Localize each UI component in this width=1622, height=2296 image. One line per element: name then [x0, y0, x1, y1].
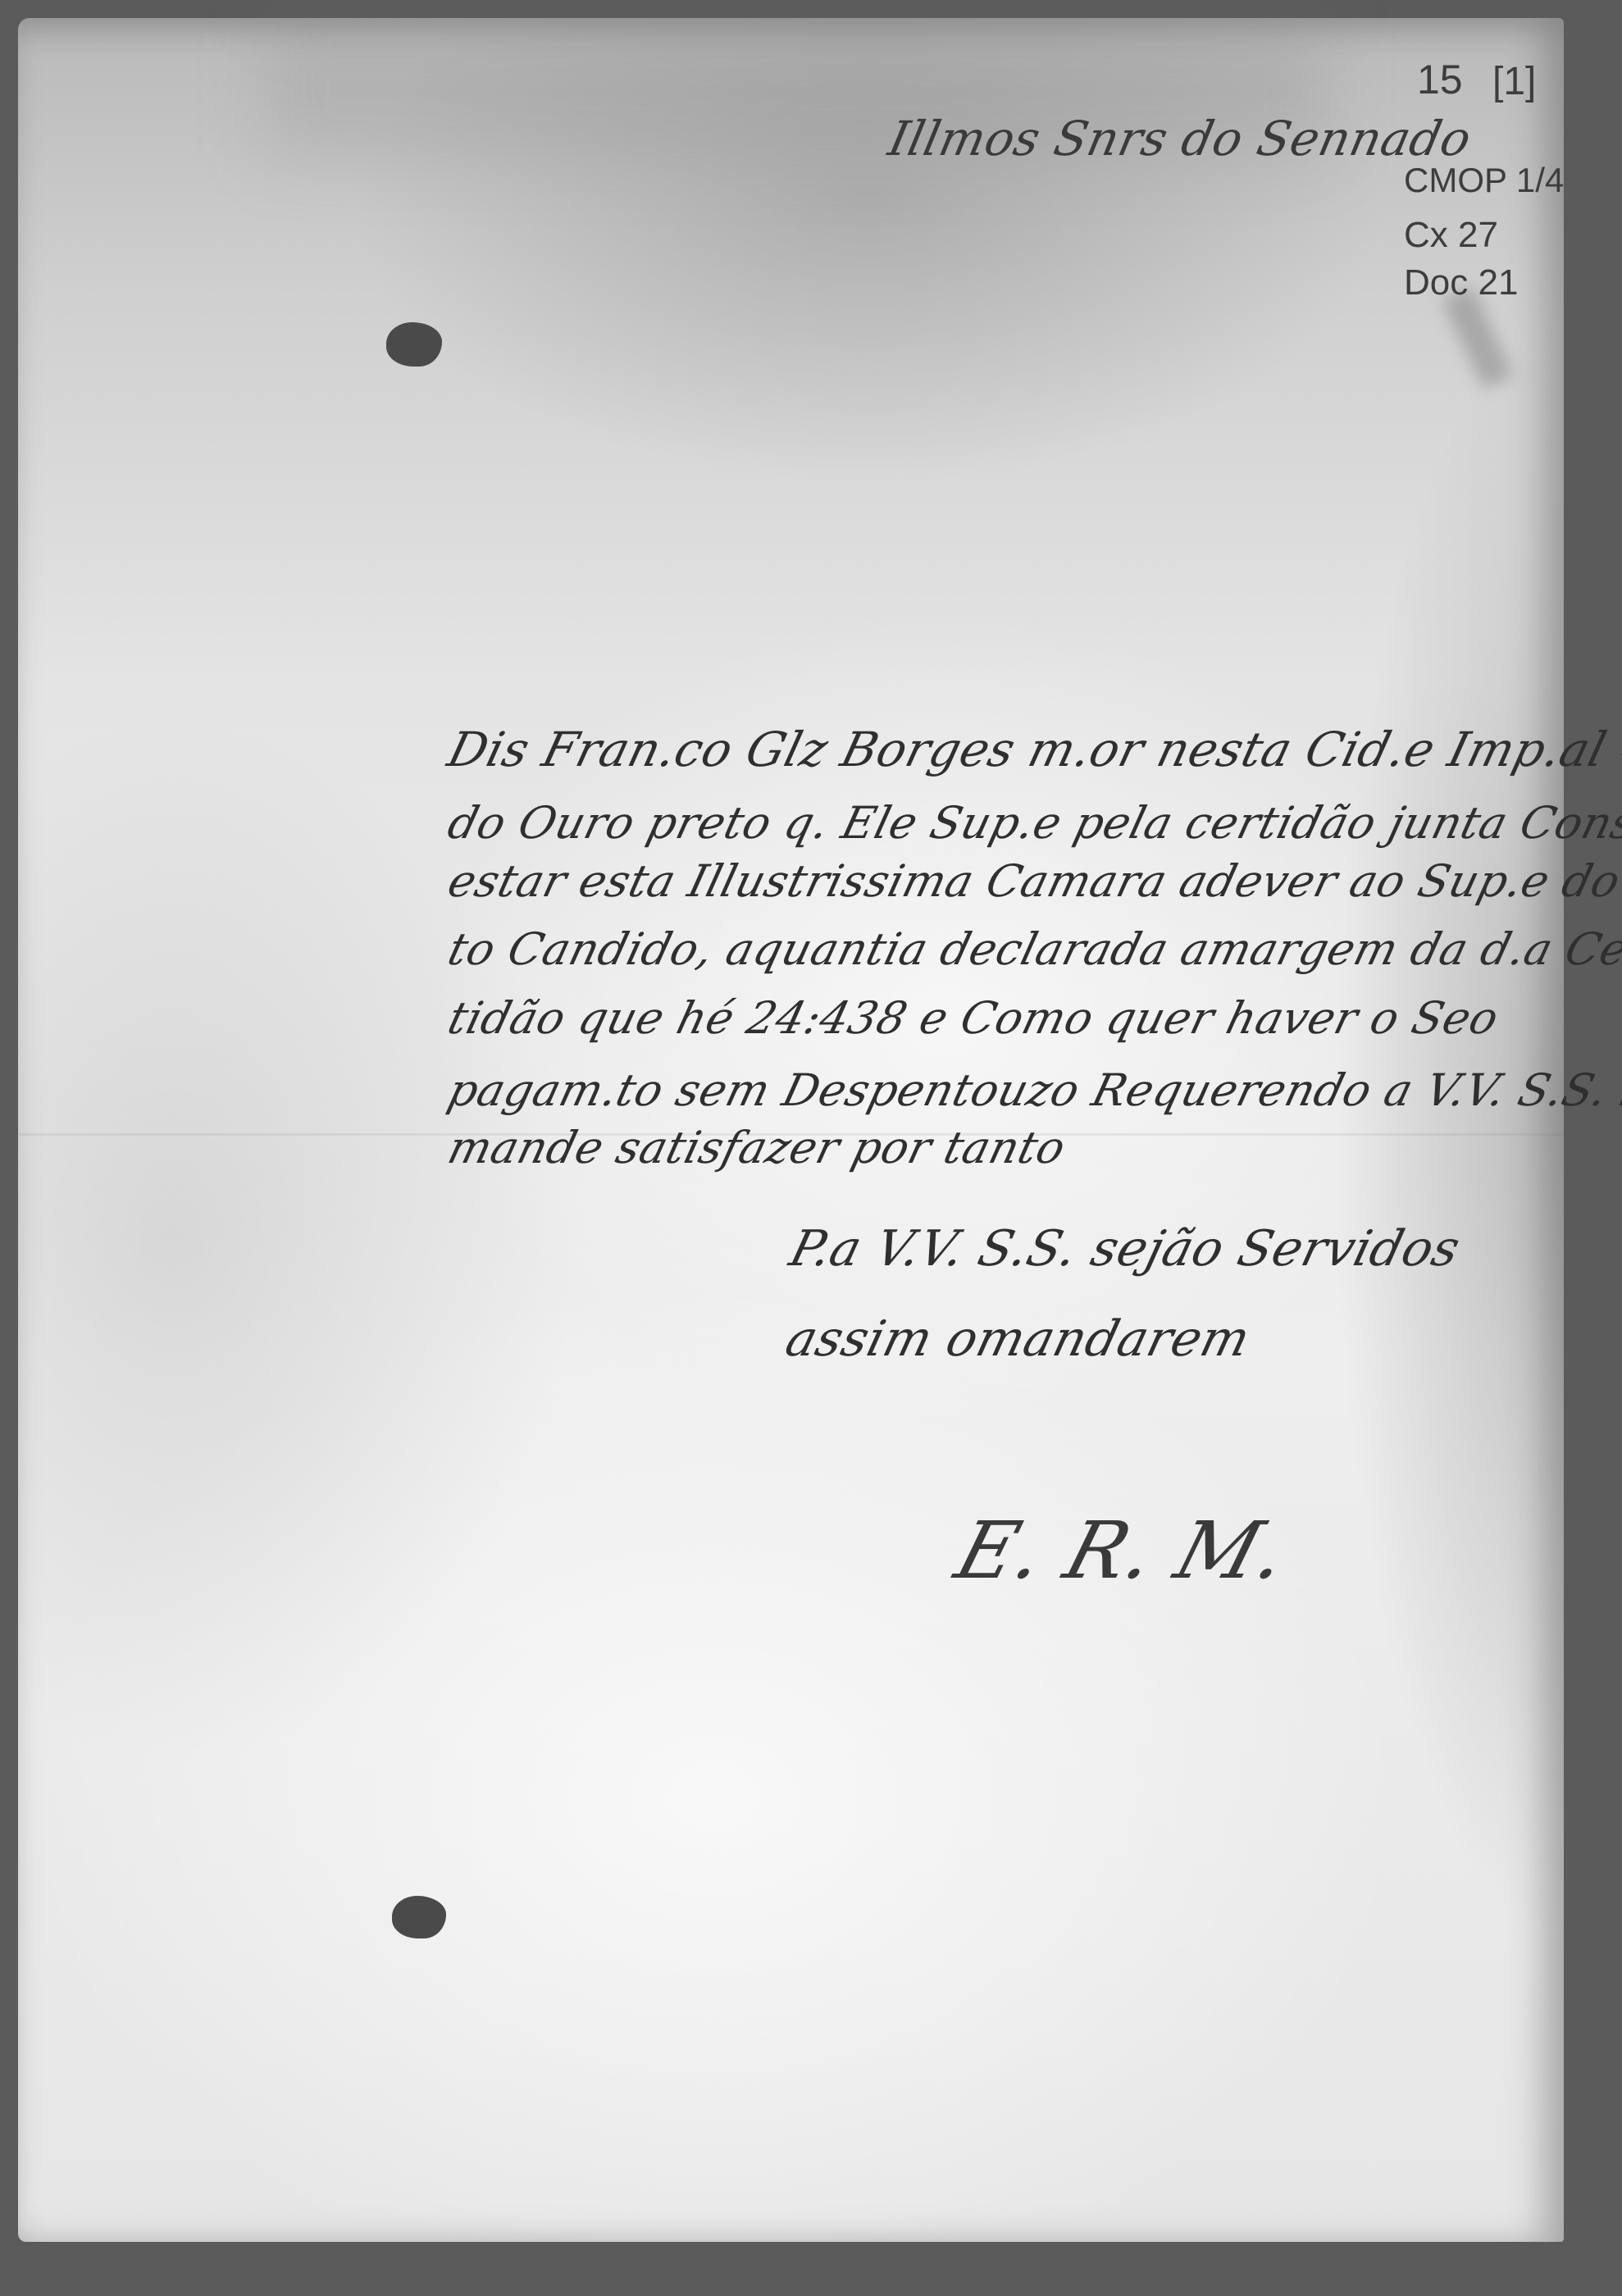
body-line-6: pagam.to sem Despentouzo Requerendo a V.…	[443, 1064, 1622, 1116]
archive-doc-number: Doc 21	[1404, 262, 1518, 303]
body-line-5: tidão que hé 24:438 e Como quer haver o …	[443, 992, 1504, 1044]
body-line-4: to Candido, aquantia declarada amargem d…	[443, 923, 1622, 975]
signature-erm: E. R. M.	[946, 1505, 1298, 1597]
ink-blot-bottom	[392, 1896, 446, 1938]
document-scan: Illmos Snrs do Sennado 15 [1] CMOP 1/4 C…	[0, 0, 1622, 2296]
header-address-line: Illmos Snrs do Sennado	[884, 111, 1476, 166]
folio-number: 15	[1417, 56, 1463, 103]
body-line-1: Dis Fran.co Glz Borges m.or nesta Cid.e …	[443, 722, 1622, 777]
body-line-7: mande satisfazer por tanto	[443, 1122, 1071, 1173]
closing-line-1: P.a V.V. S.S. sejão Servidos	[784, 1220, 1465, 1278]
folio-bracket-number: [1]	[1492, 59, 1536, 104]
closing-line-2: assim omandarem	[780, 1310, 1255, 1368]
archive-box-number: Cx 27	[1404, 215, 1498, 256]
body-line-3: estar esta Illustrissima Camara adever a…	[443, 855, 1622, 907]
body-line-2: do Ouro preto q. Ele Sup.e pela certidão…	[443, 797, 1622, 849]
ink-blot-top	[386, 322, 442, 367]
archive-fund-code: CMOP 1/4	[1404, 161, 1564, 200]
